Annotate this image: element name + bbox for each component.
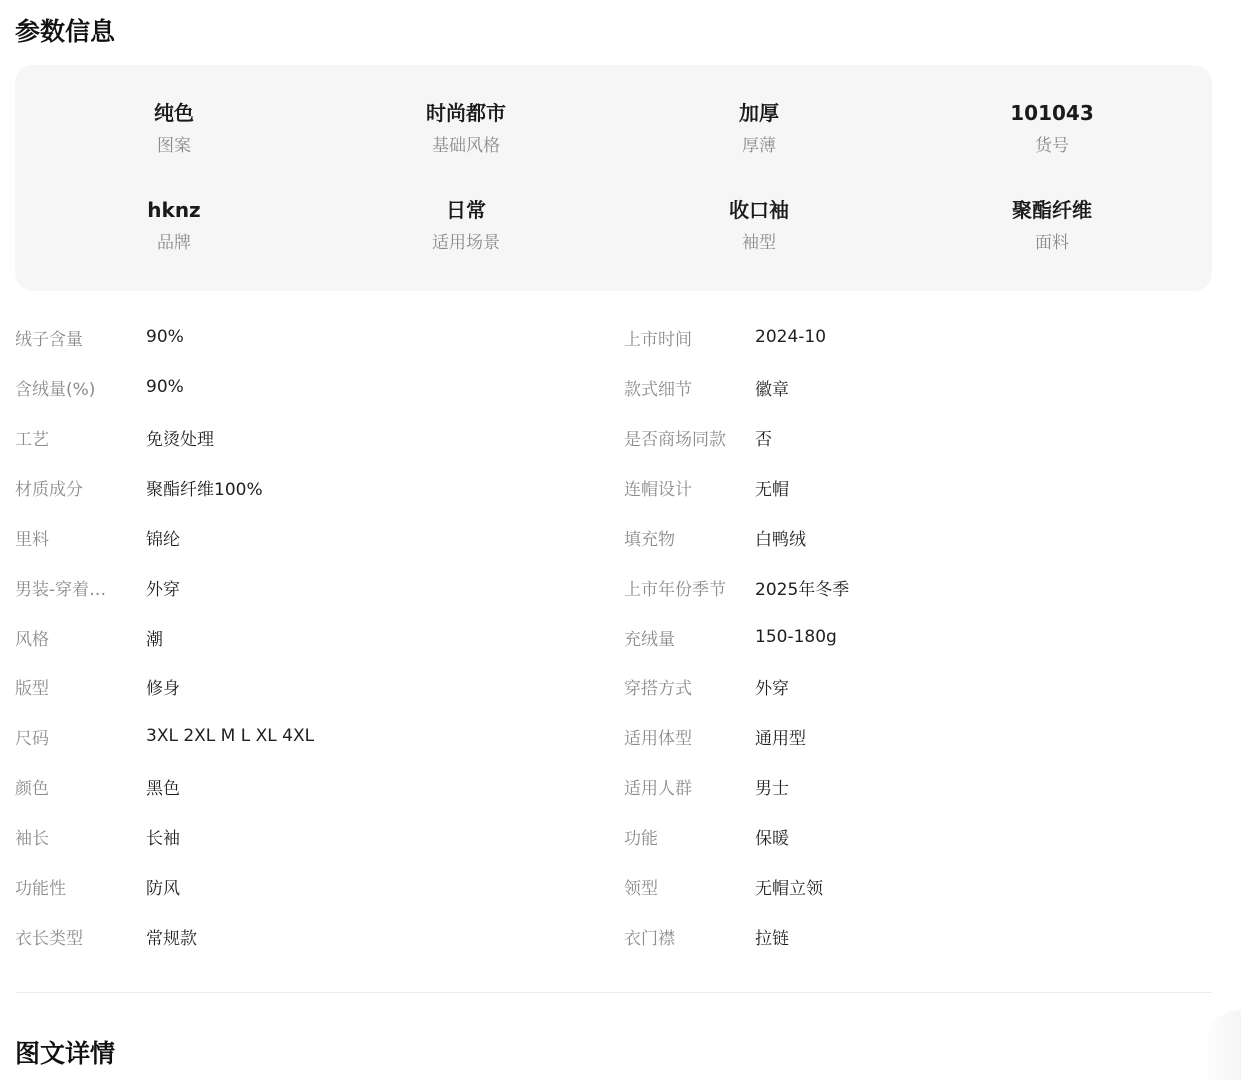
summary-label: 厚薄: [609, 134, 909, 158]
attribute-row: 含绒量(%) 90%: [15, 362, 184, 412]
attribute-label: 绒子含量: [15, 325, 146, 350]
attribute-row: 工艺 免烫处理: [15, 412, 214, 462]
summary-value: hknz: [24, 196, 324, 224]
summary-label: 基础风格: [316, 134, 616, 158]
summary-item-pattern: 纯色 图案: [24, 99, 324, 158]
attribute-value: 否: [755, 425, 772, 450]
attribute-label: 是否商场同款: [624, 425, 755, 450]
attribute-value: 聚酯纤维100%: [146, 475, 263, 500]
summary-value: 收口袖: [609, 196, 909, 224]
attribute-value: 男士: [755, 774, 789, 799]
attribute-value: 锦纶: [146, 525, 180, 550]
attribute-value: 免烫处理: [146, 425, 214, 450]
summary-item-occasion: 日常 适用场景: [316, 196, 616, 255]
summary-item-thickness: 加厚 厚薄: [609, 99, 909, 158]
summary-label: 适用场景: [316, 231, 616, 255]
attribute-label: 领型: [624, 874, 755, 899]
summary-item-sleeve-type: 收口袖 袖型: [609, 196, 909, 255]
attribute-row: 衣门襟 拉链: [624, 911, 789, 961]
attribute-value: 拉链: [755, 924, 789, 949]
attribute-label: 连帽设计: [624, 475, 755, 500]
attribute-value: 2025年冬季: [755, 575, 849, 600]
attribute-row: 男装-穿着… 外穿: [15, 562, 180, 612]
attribute-row: 衣长类型 常规款: [15, 911, 197, 961]
attribute-value: 防风: [146, 874, 180, 899]
summary-value: 101043: [902, 99, 1202, 127]
attribute-value: 修身: [146, 674, 180, 699]
summary-label: 袖型: [609, 231, 909, 255]
summary-item-fabric: 聚酯纤维 面料: [902, 196, 1202, 255]
attribute-row: 功能 保暖: [624, 811, 789, 861]
attribute-row: 尺码 3XL 2XL M L XL 4XL: [15, 711, 314, 761]
attribute-row: 绒子含量 90%: [15, 312, 184, 362]
section-divider: [15, 992, 1212, 993]
attribute-label: 工艺: [15, 425, 146, 450]
attribute-row: 版型 修身: [15, 661, 180, 711]
attribute-label: 里料: [15, 525, 146, 550]
attribute-value: 徽章: [755, 375, 789, 400]
attribute-label: 适用体型: [624, 724, 755, 749]
floating-panel-shadow: [1201, 1010, 1241, 1080]
attribute-label: 男装-穿着…: [15, 575, 146, 600]
summary-item-item-number: 101043 货号: [902, 99, 1202, 158]
attribute-label: 衣长类型: [15, 924, 146, 949]
attribute-value: 90%: [146, 377, 184, 397]
params-section-title: 参数信息: [15, 16, 115, 48]
attribute-label: 充绒量: [624, 625, 755, 650]
attribute-value: 白鸭绒: [755, 525, 806, 550]
attribute-row: 连帽设计 无帽: [624, 462, 789, 512]
attribute-row: 功能性 防风: [15, 861, 180, 911]
summary-label: 图案: [24, 134, 324, 158]
attribute-label: 含绒量(%): [15, 375, 146, 400]
attribute-row: 袖长 长袖: [15, 811, 180, 861]
attribute-label: 填充物: [624, 525, 755, 550]
attribute-value: 常规款: [146, 924, 197, 949]
attribute-value: 90%: [146, 327, 184, 347]
summary-value: 时尚都市: [316, 99, 616, 127]
attribute-label: 上市年份季节: [624, 575, 755, 600]
attribute-row: 上市时间 2024-10: [624, 312, 826, 362]
attribute-value: 150-180g: [755, 627, 837, 647]
attribute-label: 穿搭方式: [624, 674, 755, 699]
attribute-label: 袖长: [15, 824, 146, 849]
attribute-value: 3XL 2XL M L XL 4XL: [146, 726, 314, 746]
attribute-value: 通用型: [755, 724, 806, 749]
summary-label: 面料: [902, 231, 1202, 255]
attribute-value: 外穿: [146, 575, 180, 600]
attribute-label: 尺码: [15, 724, 146, 749]
attribute-value: 长袖: [146, 824, 180, 849]
attribute-value: 无帽立领: [755, 874, 823, 899]
attribute-label: 风格: [15, 625, 146, 650]
attribute-label: 款式细节: [624, 375, 755, 400]
attribute-value: 无帽: [755, 475, 789, 500]
attribute-row: 款式细节 徽章: [624, 362, 789, 412]
summary-item-brand: hknz 品牌: [24, 196, 324, 255]
summary-grid: 纯色 图案 时尚都市 基础风格 加厚 厚薄 101043 货号 hknz 品牌 …: [15, 65, 1212, 291]
attribute-row: 风格 潮: [15, 612, 163, 662]
attribute-row: 是否商场同款 否: [624, 412, 772, 462]
attribute-value: 潮: [146, 625, 163, 650]
attribute-label: 适用人群: [624, 774, 755, 799]
summary-value: 加厚: [609, 99, 909, 127]
attribute-row: 适用人群 男士: [624, 761, 789, 811]
attribute-row: 上市年份季节 2025年冬季: [624, 562, 849, 612]
summary-card: 纯色 图案 时尚都市 基础风格 加厚 厚薄 101043 货号 hknz 品牌 …: [15, 65, 1212, 291]
summary-value: 日常: [316, 196, 616, 224]
attribute-label: 功能: [624, 824, 755, 849]
attribute-row: 充绒量 150-180g: [624, 612, 837, 662]
attribute-row: 领型 无帽立领: [624, 861, 823, 911]
attribute-row: 里料 锦纶: [15, 512, 180, 562]
attribute-label: 上市时间: [624, 325, 755, 350]
attribute-label: 功能性: [15, 874, 146, 899]
attribute-value: 保暖: [755, 824, 789, 849]
attribute-value: 2024-10: [755, 327, 826, 347]
attribute-row: 填充物 白鸭绒: [624, 512, 806, 562]
attribute-row: 颜色 黑色: [15, 761, 180, 811]
attribute-row: 适用体型 通用型: [624, 711, 806, 761]
attribute-label: 颜色: [15, 774, 146, 799]
attribute-value: 黑色: [146, 774, 180, 799]
attribute-label: 材质成分: [15, 475, 146, 500]
attribute-label: 版型: [15, 674, 146, 699]
attribute-row: 穿搭方式 外穿: [624, 661, 789, 711]
attribute-value: 外穿: [755, 674, 789, 699]
summary-value: 纯色: [24, 99, 324, 127]
attribute-row: 材质成分 聚酯纤维100%: [15, 462, 263, 512]
detail-section-title: 图文详情: [15, 1038, 115, 1070]
attribute-label: 衣门襟: [624, 924, 755, 949]
summary-item-style: 时尚都市 基础风格: [316, 99, 616, 158]
summary-label: 品牌: [24, 231, 324, 255]
summary-value: 聚酯纤维: [902, 196, 1202, 224]
summary-label: 货号: [902, 134, 1202, 158]
